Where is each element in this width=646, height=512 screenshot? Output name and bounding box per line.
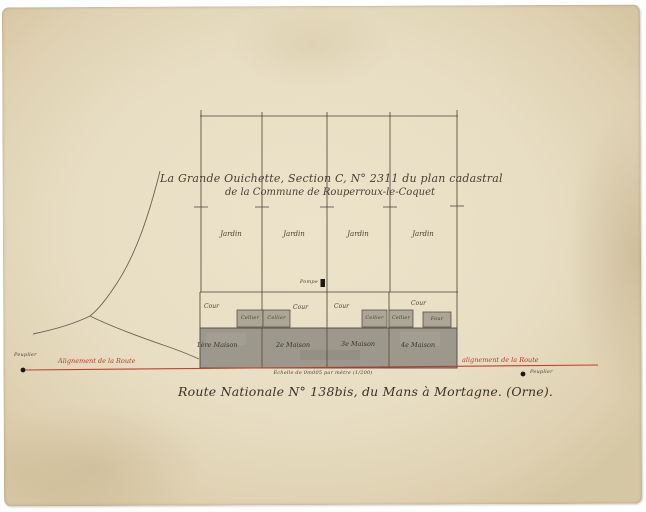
plan-title-line2: de la Commune de Rouperroux-le-Coquet xyxy=(200,187,460,198)
poplar-dot-left xyxy=(21,368,26,373)
poplar-label-left: Peuplier xyxy=(14,353,37,359)
cour-label: Cour xyxy=(334,304,349,311)
alignment-label-right: alignement de la Route xyxy=(462,357,539,364)
jardin-label: Jardin xyxy=(328,231,388,239)
alignment-label-left: Alignement de la Route xyxy=(58,358,135,365)
cellier-label: Cellier xyxy=(237,316,263,322)
plan-title-line1: La Grande Ouichette, Section C, N° 2311 … xyxy=(160,173,500,185)
route-title: Route Nationale N° 138bis, du Mans à Mor… xyxy=(178,385,470,399)
poplar-label-right: Peuplier xyxy=(530,370,553,376)
pompe-marker xyxy=(321,279,326,287)
road-curve xyxy=(33,171,199,359)
plan-linework xyxy=(0,0,646,512)
cellier-label: Cellier xyxy=(263,316,290,322)
jardin-label: Jardin xyxy=(264,231,324,239)
cour-label: Cour xyxy=(293,305,308,312)
cour-label: Cour xyxy=(204,304,219,311)
four-label: Four xyxy=(423,317,451,323)
maison-label: 1ère Maison xyxy=(182,342,252,349)
scale-note: Échelle de 0m005 par mètre (1/200) xyxy=(261,371,385,377)
maison-label: 2e Maison xyxy=(258,342,328,349)
poplar-dot-right xyxy=(521,372,526,377)
maison-label: 4e Maison xyxy=(383,342,453,349)
jardin-label: Jardin xyxy=(201,231,261,239)
pompe-label: Pompe xyxy=(297,280,318,286)
scanned-cadastral-plan: La Grande Ouichette, Section C, N° 2311 … xyxy=(0,0,646,512)
jardin-label: Jardin xyxy=(393,231,453,239)
parcel-grid xyxy=(194,110,464,328)
cour-label: Cour xyxy=(411,301,426,308)
cellier-label: Cellier xyxy=(362,316,387,322)
cellier-label: Cellier xyxy=(389,316,413,322)
